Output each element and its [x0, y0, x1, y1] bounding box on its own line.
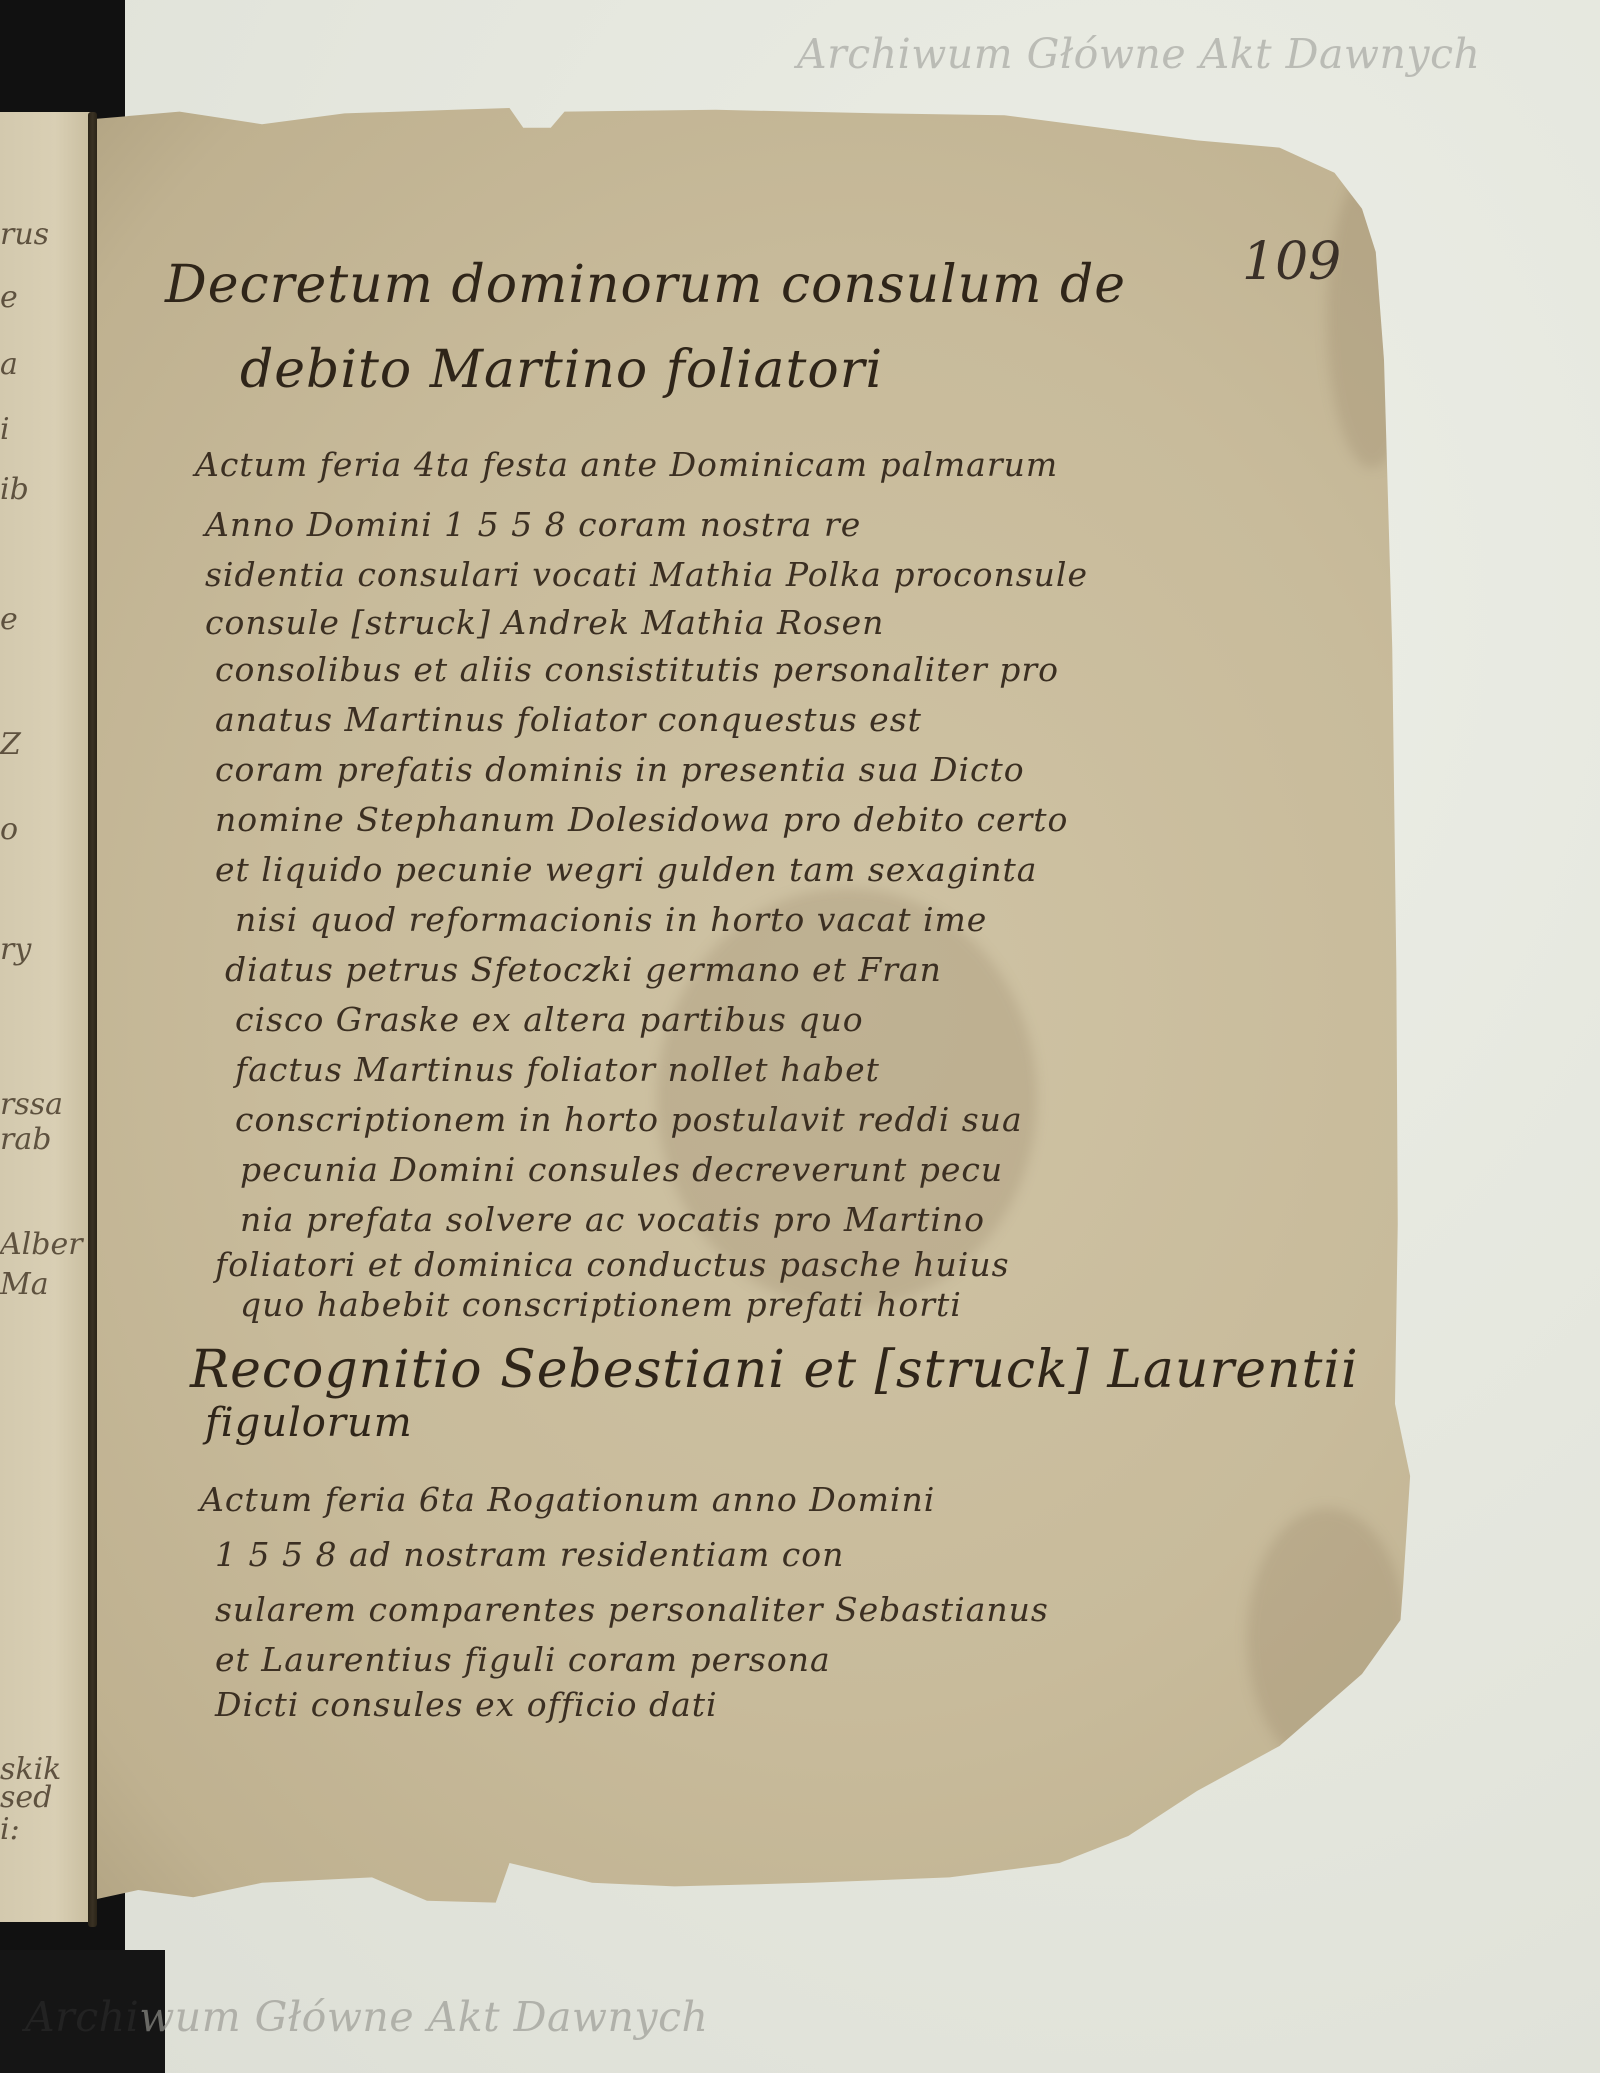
- manuscript-line: coram prefatis dominis in presentia sua …: [215, 750, 1025, 789]
- manuscript-line: quo habebit conscriptionem prefati horti: [240, 1285, 962, 1324]
- manuscript-line: conscriptionem in horto postulavit reddi…: [235, 1100, 1023, 1139]
- entry-heading-line: debito Martino foliatori: [240, 340, 883, 400]
- manuscript-line: factus Martinus foliator nollet habet: [235, 1050, 880, 1089]
- archive-watermark-top: Archiwum Główne Akt Dawnych: [797, 30, 1480, 78]
- entry-heading-line: figulorum: [205, 1400, 413, 1446]
- manuscript-line: Anno Domini 1 5 5 8 coram nostra re: [205, 505, 861, 544]
- manuscript-line: consolibus et aliis consistitutis person…: [215, 650, 1059, 689]
- left-page-fragment: o: [0, 812, 18, 847]
- gutter-binding-line: [88, 112, 97, 1927]
- manuscript-line: et liquido pecunie wegri gulden tam sexa…: [215, 850, 1037, 889]
- left-page-fragment: Ma: [0, 1267, 49, 1302]
- manuscript-line: 1 5 5 8 ad nostram residentiam con: [215, 1535, 844, 1574]
- left-page-fragment: e: [0, 602, 18, 637]
- manuscript-line: foliatori et dominica conductus pasche h…: [215, 1245, 1010, 1284]
- watermark-dark-part: Archi: [25, 1993, 139, 2041]
- left-page-fragment: a: [0, 347, 18, 382]
- archive-watermark-bottom: Archiwum Główne Akt Dawnych: [25, 1993, 708, 2041]
- manuscript-line: nisi quod reformacionis in horto vacat i…: [235, 900, 987, 939]
- manuscript-line: Actum feria 6ta Rogationum anno Domini: [200, 1480, 935, 1519]
- left-page-fragment: i:: [0, 1812, 20, 1847]
- manuscript-line: nomine Stephanum Dolesidowa pro debito c…: [215, 800, 1068, 839]
- left-page-fragment: rus: [0, 217, 49, 252]
- manuscript-line: consule [struck] Andrek Mathia Rosen: [205, 603, 884, 642]
- entry-heading-line: Recognitio Sebestiani et [struck] Lauren…: [190, 1340, 1359, 1400]
- left-page-fragment: Z: [0, 727, 21, 762]
- manuscript-line: cisco Graske ex altera partibus quo: [235, 1000, 864, 1039]
- left-page-fragment: rab: [0, 1122, 51, 1157]
- manuscript-line: sidentia consulari vocati Mathia Polka p…: [205, 555, 1088, 594]
- adjacent-left-page: rus e a i ib e Z o ry rssa rab Alber Ma …: [0, 112, 92, 1922]
- manuscript-line: et Laurentius figuli coram persona: [215, 1640, 831, 1679]
- manuscript-line: sularem comparentes personaliter Sebasti…: [215, 1590, 1049, 1629]
- manuscript-line: nia prefata solvere ac vocatis pro Marti…: [240, 1200, 985, 1239]
- left-page-fragment: ry: [0, 932, 31, 967]
- manuscript-line: diatus petrus Sfetoczki germano et Fran: [225, 950, 942, 989]
- manuscript-line: anatus Martinus foliator conquestus est: [215, 700, 922, 739]
- left-page-fragment: ib: [0, 472, 29, 507]
- watermark-light-part: wum Główne Akt Dawnych: [139, 1993, 708, 2041]
- left-page-fragment: sed: [0, 1780, 52, 1815]
- folio-number: 109: [1242, 232, 1341, 292]
- manuscript-line: pecunia Domini consules decreverunt pecu: [240, 1150, 1003, 1189]
- left-page-fragment: i: [0, 412, 10, 447]
- entry-heading-line: Decretum dominorum consulum de: [165, 255, 1126, 315]
- manuscript-line: Actum feria 4ta festa ante Dominicam pal…: [195, 445, 1058, 484]
- left-page-fragment: Alber: [0, 1227, 83, 1262]
- left-page-fragment: e: [0, 280, 18, 315]
- left-page-fragment: rssa: [0, 1087, 63, 1122]
- manuscript-line: Dicti consules ex officio dati: [215, 1685, 718, 1724]
